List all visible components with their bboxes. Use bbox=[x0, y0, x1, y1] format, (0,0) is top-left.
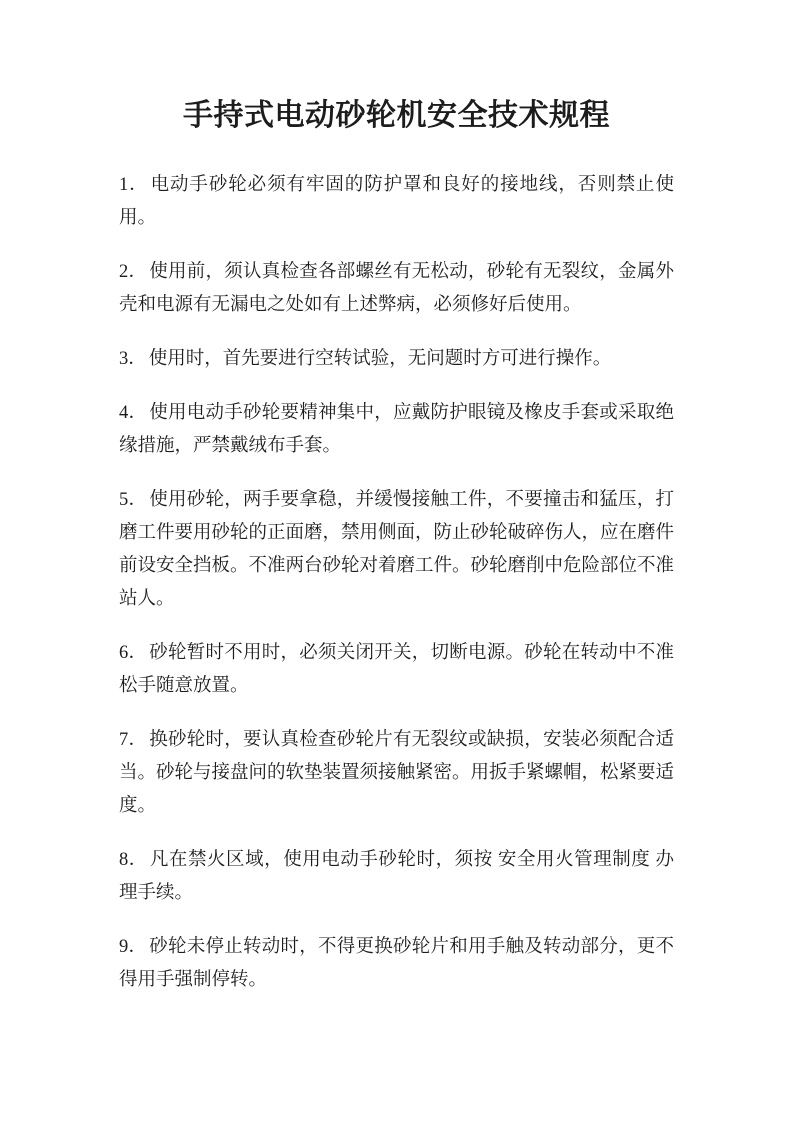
item-text: 使用砂轮，两手要拿稳，并缓慢接触工件，不要撞击和猛压，打磨工件要用砂轮的正面磨，… bbox=[119, 490, 674, 609]
list-item-4: 4．使用电动手砂轮要精神集中，应戴防护眼镜及橡皮手套或采取绝缘措施，严禁戴绒布手… bbox=[119, 397, 674, 463]
list-item-6: 6．砂轮暂时不用时，必须关闭开关，切断电源。砂轮在转动中不准松手随意放置。 bbox=[119, 637, 674, 703]
item-text: 砂轮未停止转动时，不得更换砂轮片和用手触及转动部分，更不得用手强制停转。 bbox=[119, 937, 674, 990]
list-item-7: 7．换砂轮时，要认真检查砂轮片有无裂纹或缺损，安装必须配合适当。砂轮与接盘问的软… bbox=[119, 724, 674, 823]
list-item-8: 8．凡在禁火区域，使用电动手砂轮时，须按 安全用火管理制度 办理手续。 bbox=[119, 844, 674, 910]
item-number: 4． bbox=[119, 403, 149, 423]
item-number: 9． bbox=[119, 937, 149, 957]
document-title: 手持式电动砂轮机安全技术规程 bbox=[119, 96, 674, 135]
item-number: 6． bbox=[119, 643, 149, 663]
item-text: 使用时，首先要进行空转试验，无问题时方可进行操作。 bbox=[149, 349, 612, 369]
item-number: 5． bbox=[119, 490, 149, 510]
item-text: 使用电动手砂轮要精神集中，应戴防护眼镜及橡皮手套或采取绝缘措施，严禁戴绒布手套。 bbox=[119, 403, 674, 456]
list-item-1: 1．电动手砂轮必须有牢固的防护罩和良好的接地线，否则禁止使用。 bbox=[119, 169, 674, 235]
item-number: 2． bbox=[119, 262, 149, 282]
document-page: 手持式电动砂轮机安全技术规程 1．电动手砂轮必须有牢固的防护罩和良好的接地线，否… bbox=[0, 0, 793, 1122]
item-text: 换砂轮时，要认真检查砂轮片有无裂纹或缺损，安装必须配合适当。砂轮与接盘问的软垫装… bbox=[119, 730, 674, 816]
item-text: 凡在禁火区域，使用电动手砂轮时，须按 安全用火管理制度 办理手续。 bbox=[119, 850, 674, 903]
list-item-9: 9．砂轮未停止转动时，不得更换砂轮片和用手触及转动部分，更不得用手强制停转。 bbox=[119, 931, 674, 997]
item-number: 3． bbox=[119, 349, 149, 369]
list-item-2: 2．使用前，须认真检查各部螺丝有无松动，砂轮有无裂纹，金属外壳和电源有无漏电之处… bbox=[119, 256, 674, 322]
item-text: 砂轮暂时不用时，必须关闭开关，切断电源。砂轮在转动中不准松手随意放置。 bbox=[119, 643, 674, 696]
list-item-3: 3．使用时，首先要进行空转试验，无问题时方可进行操作。 bbox=[119, 343, 674, 376]
item-number: 8． bbox=[119, 850, 150, 870]
list-item-5: 5．使用砂轮，两手要拿稳，并缓慢接触工件，不要撞击和猛压，打磨工件要用砂轮的正面… bbox=[119, 484, 674, 616]
item-number: 1． bbox=[119, 175, 151, 195]
item-text: 电动手砂轮必须有牢固的防护罩和良好的接地线，否则禁止使用。 bbox=[119, 175, 674, 228]
item-text: 使用前，须认真检查各部螺丝有无松动，砂轮有无裂纹，金属外壳和电源有无漏电之处如有… bbox=[119, 262, 674, 315]
item-number: 7． bbox=[119, 730, 149, 750]
document-body: 1．电动手砂轮必须有牢固的防护罩和良好的接地线，否则禁止使用。 2．使用前，须认… bbox=[119, 169, 674, 997]
